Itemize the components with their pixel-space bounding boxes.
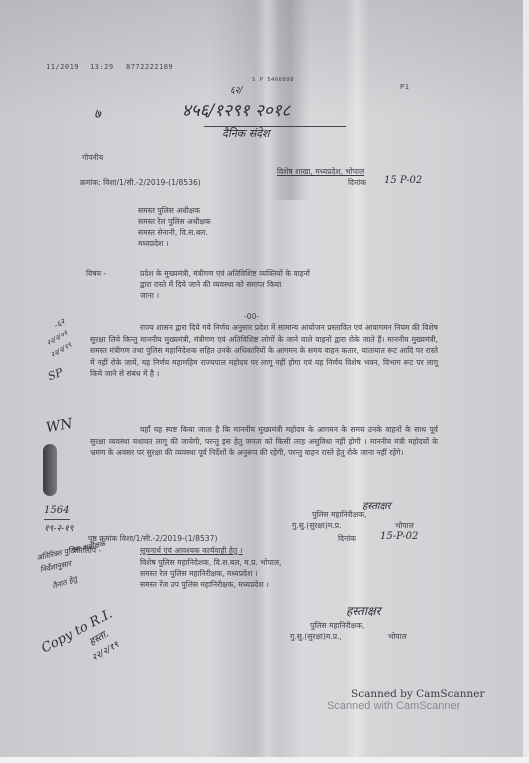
body-paragraph-1: राज्य शासन द्वारा दिये गये निर्णय अनुसार… <box>90 322 438 380</box>
signature-1-designation: पुलिस महानिरीक्षक, <box>312 509 366 521</box>
signature-1-city: भोपाल <box>395 520 414 532</box>
scanned-letter-page: 11/2019 13:29 8772222189 S P 5466898 P1 … <box>0 0 523 757</box>
copy-reference: पृष्ठ क्रमांक विशा/1/सी.-2/2019-(1/8537) <box>88 533 217 545</box>
subject-line: जाना । <box>140 290 159 302</box>
fax-number: 8772222189 <box>126 63 173 71</box>
subject-line: द्वारा रास्ते में दिये जाने की व्यवस्था … <box>140 279 281 291</box>
signature-2: हस्ताक्षर <box>346 602 381 619</box>
signature-2-designation: पुलिस महानिरीक्षक, <box>310 620 364 632</box>
letter-date-value: 15 P-02 <box>384 175 422 186</box>
copy-recipient: समस्त रेल पुलिस महानिरीक्षक, मध्यप्रदेश … <box>140 568 258 580</box>
inward-number: 1564 <box>44 505 69 516</box>
camscanner-watermark-secondary: Scanned with CamScanner <box>327 700 460 712</box>
copy-to-purpose: सूचनार्थ एवं आवश्यक कार्यवाही हेतु । <box>140 545 243 557</box>
diary-stamp-label: दैनिक संदेश <box>222 126 270 141</box>
copy-date-label: दिनांक <box>338 533 356 545</box>
margin-initials: WN <box>45 416 74 436</box>
recipient-line: समस्त रेल पुलिस अधीक्षक <box>138 216 211 228</box>
fax-time: 13:29 <box>90 63 114 71</box>
copy-date-value: 15-P-02 <box>380 531 418 542</box>
fax-date: 11/2019 <box>46 63 79 71</box>
subject-label: विषय - <box>86 268 106 280</box>
camscanner-watermark: Scanned by CamScanner <box>351 688 484 700</box>
letter-date-label: दिनांक <box>348 177 366 189</box>
letter-reference: क्रमांक: विशा/1/सी.-2/2019-(1/8536) <box>80 177 201 189</box>
sender-office: विशेष शाखा, मध्यप्रदेश, भोपाल <box>277 166 364 178</box>
ink-stain <box>43 444 57 496</box>
recipient-line: मध्यप्रदेश । <box>138 238 169 250</box>
fax-page: P1 <box>400 83 409 91</box>
handwritten-note: ६२/ <box>230 83 242 96</box>
section-divider: -00- <box>244 311 259 323</box>
page-bottom-edge <box>0 757 529 763</box>
diary-number: ४५६/१२९१ २०१८ <box>182 98 290 121</box>
forward-note: तैनात हेतु <box>51 574 78 591</box>
body-paragraph-2: यहाँ यह स्पष्ट किया जाता है कि माननीय मु… <box>90 424 438 459</box>
inward-underline <box>44 519 70 520</box>
signature-1-department: गु.सु.(सुरक्षा)म.प्र. <box>292 520 342 532</box>
confidential-label: गोपनीय <box>82 152 103 164</box>
signature-2-city: भोपाल <box>388 631 407 643</box>
handwritten-mark: ७ <box>94 104 101 122</box>
fax-center-code: S P 5466898 <box>252 77 294 83</box>
margin-note: SP <box>46 366 64 383</box>
inward-date: १९-२-१९ <box>44 521 73 534</box>
copy-recipient: समस्त रेंज उप पुलिस महानिरीक्षक, मध्यप्र… <box>140 579 269 591</box>
copy-recipient: विशेष पुलिस महानिदेशक, वि.स.बल, म.प्र. भ… <box>140 557 281 569</box>
recipient-line: समस्त सेनानी, वि.स.बल. <box>138 227 208 239</box>
signature-2-department: गु.सु.(सुरक्षा)म.प्र., <box>290 631 342 643</box>
subject-line: प्रदेश के मुख्यमंत्री, मंत्रीगण एवं अतिव… <box>140 268 310 280</box>
recipient-line: समस्त पुलिस अधीक्षक <box>138 205 200 217</box>
